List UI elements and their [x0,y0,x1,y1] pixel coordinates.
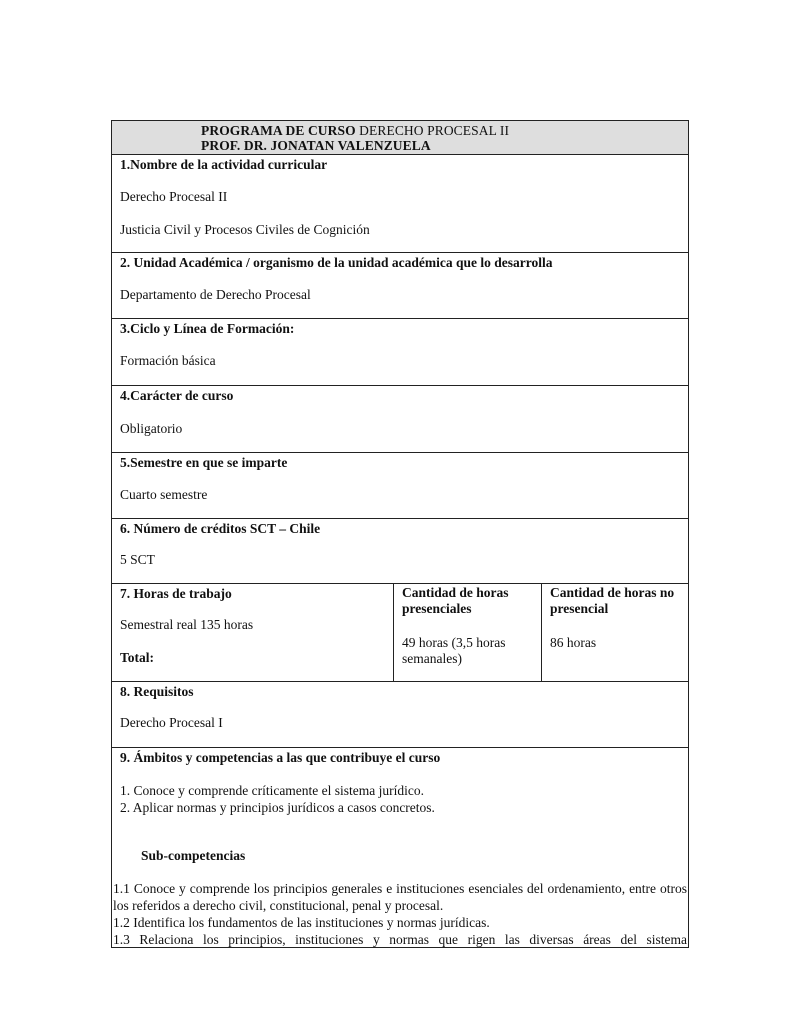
sub-competencia-item: 1.3 Relaciona los principios, institucio… [113,931,687,948]
program-title-bold: PROGRAMA DE CURSO [201,123,356,138]
course-program-table: PROGRAMA DE CURSO DERECHO PROCESAL II PR… [111,120,689,948]
section-7: 7. Horas de trabajo Semestral real 135 h… [111,583,689,681]
section-3-title: 3.Ciclo y Línea de Formación: [120,321,294,337]
section-8: 8. Requisitos Derecho Procesal I [111,681,689,747]
document-page: PROGRAMA DE CURSO DERECHO PROCESAL II PR… [0,0,800,1035]
section-5-value: Cuarto semestre [120,487,207,503]
section-8-value: Derecho Procesal I [120,715,223,731]
program-title: PROGRAMA DE CURSO DERECHO PROCESAL II [201,123,509,138]
section-9-title: 9. Ámbitos y competencias a las que cont… [120,750,440,766]
work-hours-cell: 7. Horas de trabajo Semestral real 135 h… [112,584,393,681]
presencial-hours-cell: Cantidad de horas presenciales 49 horas … [393,584,542,681]
section-3-value: Formación básica [120,353,216,369]
section-7-title: 7. Horas de trabajo [120,586,232,602]
section-1-value-2: Justicia Civil y Procesos Civiles de Cog… [120,222,370,238]
sub-competencias-list: 1.1 Conoce y comprende los principios ge… [113,880,687,948]
total-label: Total: [120,650,154,666]
program-header: PROGRAMA DE CURSO DERECHO PROCESAL II PR… [111,120,689,154]
no-presencial-hours-cell: Cantidad de horas no presencial 86 horas [541,584,688,681]
no-presencial-title: Cantidad de horas no presencial [550,585,682,617]
section-9: 9. Ámbitos y competencias a las que cont… [111,747,689,948]
semestral-hours: Semestral real 135 horas [120,617,253,633]
sub-competencia-item: 1.2 Identifica los fundamentos de las in… [113,914,687,931]
section-2-title: 2. Unidad Académica / organismo de la un… [120,255,553,271]
section-6-title: 6. Número de créditos SCT – Chile [120,521,320,537]
section-4: 4.Carácter de curso Obligatorio [111,385,689,452]
professor-name: PROF. DR. JONATAN VALENZUELA [201,138,431,153]
section-4-value: Obligatorio [120,421,182,437]
section-1: 1.Nombre de la actividad curricular Dere… [111,154,689,252]
no-presencial-value: 86 horas [550,635,682,651]
program-title-course: DERECHO PROCESAL II [356,123,509,138]
section-1-title: 1.Nombre de la actividad curricular [120,157,327,173]
section-6: 6. Número de créditos SCT – Chile 5 SCT [111,518,689,583]
section-2: 2. Unidad Académica / organismo de la un… [111,252,689,318]
presencial-title: Cantidad de horas presenciales [402,585,534,617]
presencial-value: 49 horas (3,5 horas semanales) [402,635,534,667]
competencias-list: 1. Conoce y comprende críticamente el si… [120,782,435,816]
section-5-title: 5.Semestre en que se imparte [120,455,287,471]
competencia-item: 2. Aplicar normas y principios jurídicos… [120,799,435,816]
section-4-title: 4.Carácter de curso [120,388,233,404]
sub-competencia-item: 1.1 Conoce y comprende los principios ge… [113,880,687,914]
section-5: 5.Semestre en que se imparte Cuarto seme… [111,452,689,518]
section-8-title: 8. Requisitos [120,684,194,700]
section-6-value: 5 SCT [120,552,155,568]
section-1-value-1: Derecho Procesal II [120,189,227,205]
section-2-value: Departamento de Derecho Procesal [120,287,311,303]
sub-competencias-title: Sub-competencias [141,848,245,864]
competencia-item: 1. Conoce y comprende críticamente el si… [120,782,435,799]
section-3: 3.Ciclo y Línea de Formación: Formación … [111,318,689,385]
